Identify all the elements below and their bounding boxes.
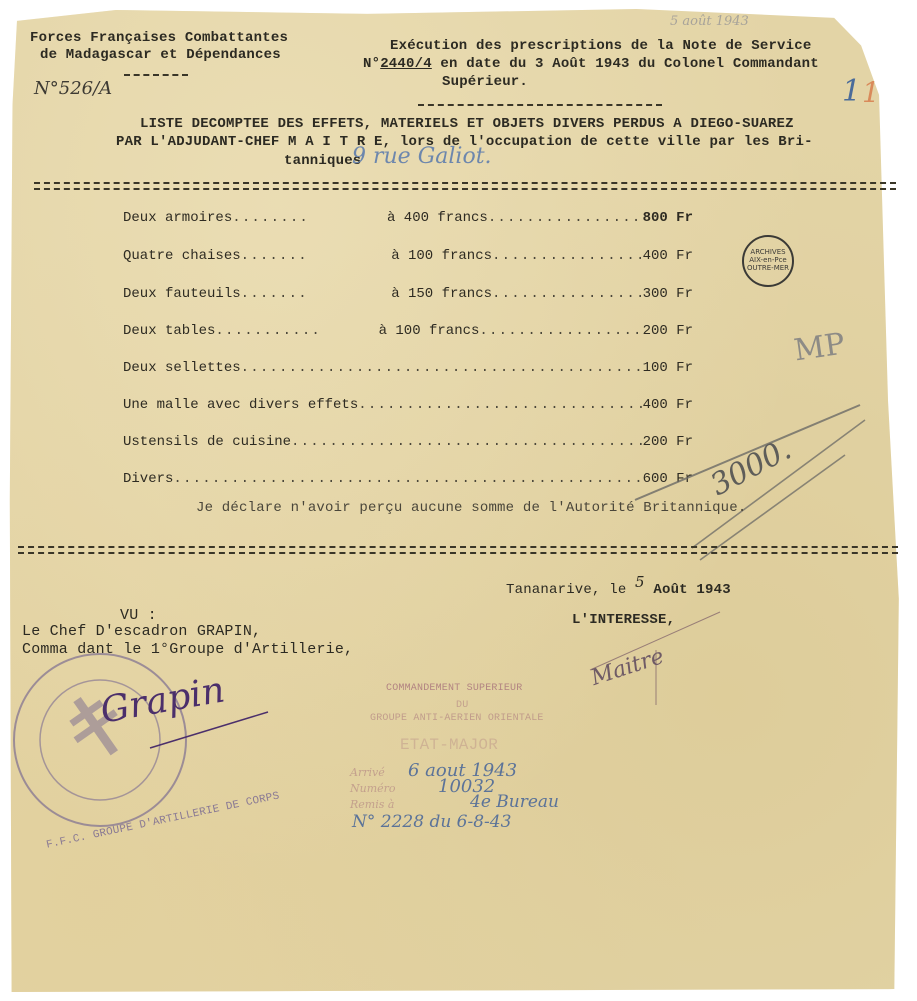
registry-stamp-line-4: ETAT-MAJOR (400, 736, 498, 754)
registry-stamp-line-3: GROUPE ANTI-AERIEN ORIENTALE (370, 713, 544, 724)
signature-flourish (0, 0, 917, 1001)
registry-stamp-line-1: COMMANDEMENT SUPERIEUR (386, 683, 522, 694)
remis-label: Remis à (350, 798, 394, 811)
numero-label: Numéro (350, 782, 396, 795)
registry-handwritten-ref: N° 2228 du 6-8-43 (352, 812, 511, 832)
registry-stamp-line-2: DU (456, 700, 468, 711)
remis-value: 4e Bureau (470, 792, 559, 812)
arrive-label: Arrivé (350, 766, 385, 779)
